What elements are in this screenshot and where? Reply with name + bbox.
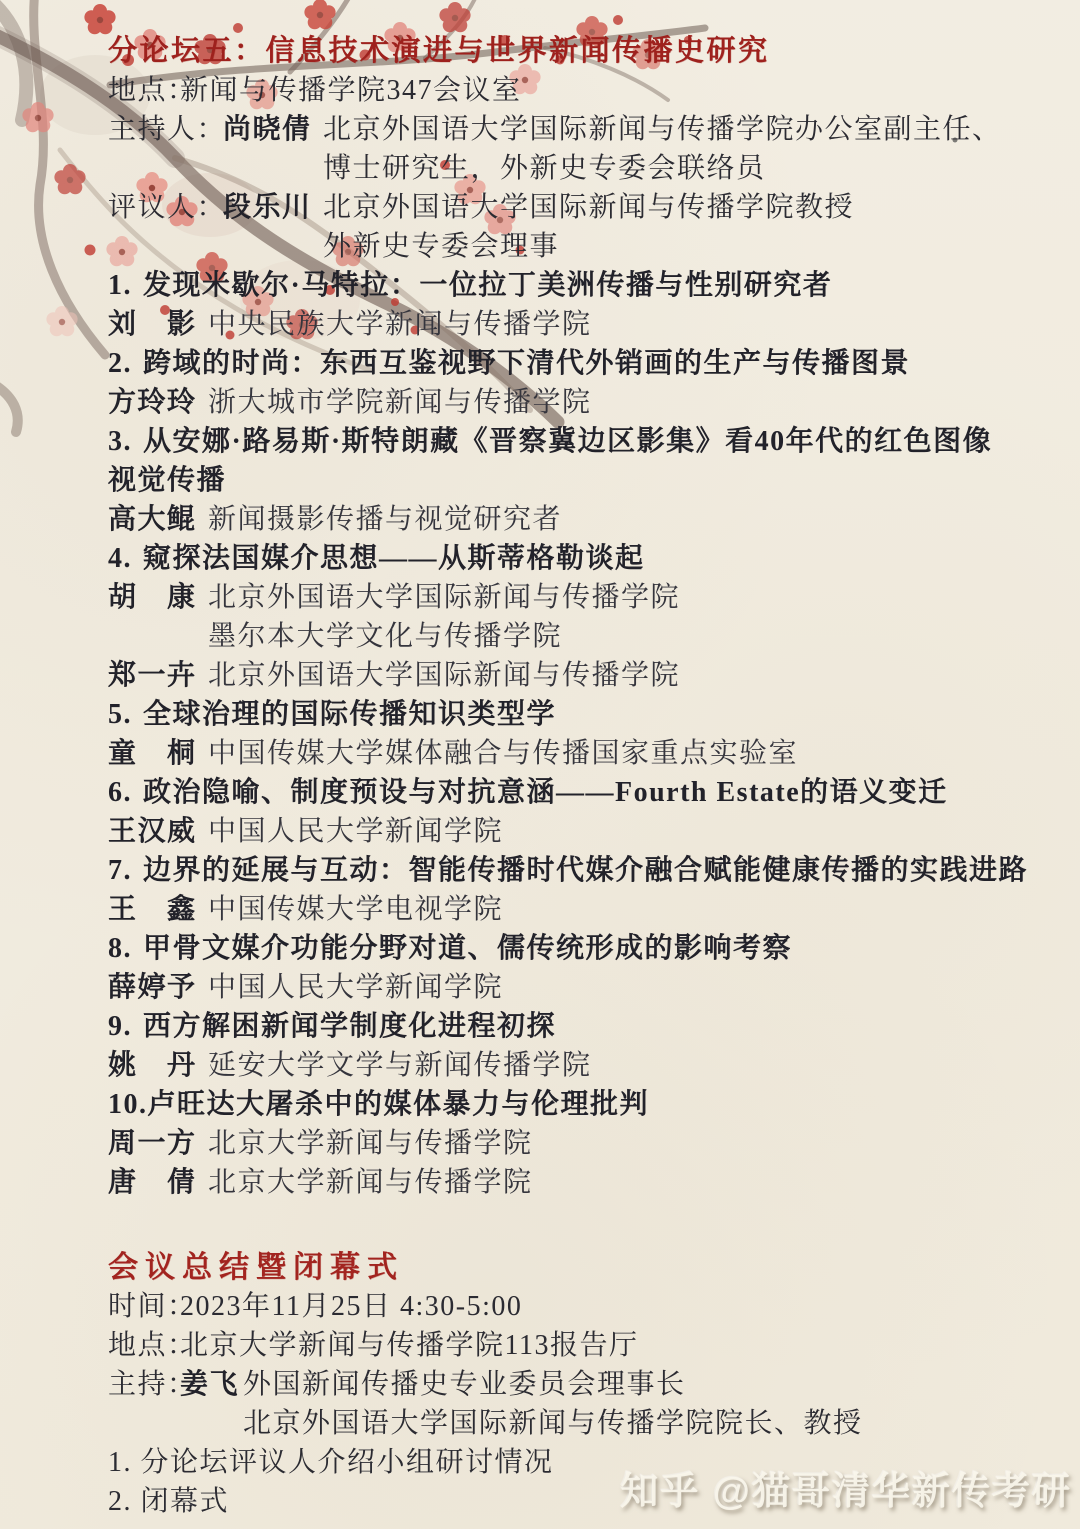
author-affiliation: 中国人民大学新闻学院 <box>208 972 503 1003</box>
paper-9-title-row: 9.西方解困新闻学制度化进程初探 <box>108 1007 1060 1046</box>
host-desc-1: 外国新闻传播史专业委员会理事长 <box>243 1369 686 1400</box>
location-label: 地点： <box>108 71 180 110</box>
forum-host-row: 主持人：尚晓倩北京外国语大学国际新闻与传播学院办公室副主任、 <box>108 110 1060 149</box>
conference-program-page: 分论坛五：信息技术演进与世界新闻传播史研究 地点：新闻与传播学院347会议室 主… <box>0 0 1080 1529</box>
forum-title: 分论坛五：信息技术演进与世界新闻传播史研究 <box>108 32 1060 71</box>
paper-2-author-row: 方玲玲浙大城市学院新闻与传播学院 <box>108 383 1060 422</box>
paper-3-title-row: 3.从安娜·路易斯·斯特朗藏《晋察冀边区影集》看40年代的红色图像 <box>108 422 1060 461</box>
paper-7-author-row: 王 鑫中国传媒大学电视学院 <box>108 890 1060 929</box>
paper-title: 跨域的时尚：东西互鉴视野下清代外销画的生产与传播图景 <box>143 348 910 379</box>
author-affiliation: 中央民族大学新闻与传播学院 <box>208 309 592 340</box>
paper-title: 窥探法国媒介思想——从斯蒂格勒谈起 <box>143 543 645 574</box>
author-name: 方玲玲 <box>108 383 208 422</box>
closing-host-row-2: 北京外国语大学国际新闻与传播学院院长、教授 <box>108 1404 1060 1443</box>
location-value: 北京大学新闻与传播学院113报告厅 <box>180 1330 638 1361</box>
paper-num: 3. <box>108 422 143 461</box>
paper-3-title-row-2: 视觉传播 <box>108 461 1060 500</box>
time-label: 时间： <box>108 1287 180 1326</box>
author-name: 姚 丹 <box>108 1046 208 1085</box>
discussant-desc-1: 北京外国语大学国际新闻与传播学院教授 <box>323 192 854 223</box>
paper-7-title-row: 7.边界的延展与互动：智能传播时代媒介融合赋能健康传播的实践进路 <box>108 851 1060 890</box>
paper-num: 8. <box>108 929 143 968</box>
host-desc-1: 北京外国语大学国际新闻与传播学院办公室副主任、 <box>323 114 1002 145</box>
author-name: 高大鲲 <box>108 500 208 539</box>
author-name: 童 桐 <box>108 734 208 773</box>
forum-location-row: 地点：新闻与传播学院347会议室 <box>108 71 1060 110</box>
paper-4-author-row: 胡 康北京外国语大学国际新闻与传播学院 <box>108 578 1060 617</box>
author-affiliation: 新闻摄影传播与视觉研究者 <box>208 504 562 535</box>
author-name: 薛婷予 <box>108 968 208 1007</box>
discussant-label: 评议人： <box>108 188 223 227</box>
author-affiliation: 中国传媒大学电视学院 <box>208 894 503 925</box>
forum-discussant-row: 评议人：段乐川北京外国语大学国际新闻与传播学院教授 <box>108 188 1060 227</box>
author-affiliation: 北京外国语大学国际新闻与传播学院 <box>208 660 680 691</box>
author-name: 胡 康 <box>108 578 208 617</box>
forum-discussant-row-2: 外新史专委会理事 <box>108 227 1060 266</box>
author-affiliation: 北京大学新闻与传播学院 <box>208 1167 533 1198</box>
paper-title: 甲骨文媒介功能分野对道、儒传统形成的影响考察 <box>143 933 792 964</box>
paper-num: 6. <box>108 773 143 812</box>
paper-4-title-row: 4.窥探法国媒介思想——从斯蒂格勒谈起 <box>108 539 1060 578</box>
author-name: 郑一卉 <box>108 656 208 695</box>
author-affiliation-2: 墨尔本大学文化与传播学院 <box>208 621 562 652</box>
paper-num: 10. <box>108 1085 148 1124</box>
author-name: 王 鑫 <box>108 890 208 929</box>
host-desc-2: 博士研究生，外新史专委会联络员 <box>323 153 766 184</box>
paper-title: 卢旺达大屠杀中的媒体暴力与伦理批判 <box>148 1089 650 1120</box>
closing-location-row: 地点：北京大学新闻与传播学院113报告厅 <box>108 1326 1060 1365</box>
host-name: 尚晓倩 <box>223 110 323 149</box>
author-affiliation: 中国传媒大学媒体融合与传播国家重点实验室 <box>208 738 798 769</box>
host-name: 姜飞 <box>180 1365 243 1404</box>
discussant-desc-2: 外新史专委会理事 <box>323 231 559 262</box>
forum-host-row-2: 博士研究生，外新史专委会联络员 <box>108 149 1060 188</box>
paper-8-author-row: 薛婷予中国人民大学新闻学院 <box>108 968 1060 1007</box>
paper-title: 边界的延展与互动：智能传播时代媒介融合赋能健康传播的实践进路 <box>143 855 1028 886</box>
paper-10-title-row: 10.卢旺达大屠杀中的媒体暴力与伦理批判 <box>108 1085 1060 1124</box>
paper-4-author-affil-row-2: 墨尔本大学文化与传播学院 <box>108 617 1060 656</box>
paper-num: 5. <box>108 695 143 734</box>
author-name: 王汉威 <box>108 812 208 851</box>
paper-num: 1. <box>108 266 143 305</box>
paper-num: 2. <box>108 344 143 383</box>
paper-title: 政治隐喻、制度预设与对抗意涵——Fourth Estate的语义变迁 <box>143 777 948 808</box>
discussant-name: 段乐川 <box>223 188 323 227</box>
paper-title: 全球治理的国际传播知识类型学 <box>143 699 556 730</box>
paper-title: 发现米歇尔·马特拉：一位拉丁美洲传播与性别研究者 <box>143 270 832 301</box>
author-affiliation: 北京大学新闻与传播学院 <box>208 1128 533 1159</box>
time-value: 2023年11月25日 4:30-5:00 <box>180 1291 522 1322</box>
paper-10-author-row: 周一方北京大学新闻与传播学院 <box>108 1124 1060 1163</box>
paper-5-author-row: 童 桐中国传媒大学媒体融合与传播国家重点实验室 <box>108 734 1060 773</box>
paper-10-author2-row: 唐 倩北京大学新闻与传播学院 <box>108 1163 1060 1202</box>
paper-6-title-row: 6.政治隐喻、制度预设与对抗意涵——Fourth Estate的语义变迁 <box>108 773 1060 812</box>
paper-5-title-row: 5.全球治理的国际传播知识类型学 <box>108 695 1060 734</box>
watermark: 知乎 @猫哥清华新传考研 <box>620 1460 1072 1515</box>
author-affiliation: 北京外国语大学国际新闻与传播学院 <box>208 582 680 613</box>
author-name: 刘 影 <box>108 305 208 344</box>
paper-num: 9. <box>108 1007 143 1046</box>
closing-host-row: 主持：姜飞外国新闻传播史专业委员会理事长 <box>108 1365 1060 1404</box>
location-value: 新闻与传播学院347会议室 <box>180 75 522 106</box>
closing-time-row: 时间：2023年11月25日 4:30-5:00 <box>108 1287 1060 1326</box>
author-affiliation: 延安大学文学与新闻传播学院 <box>208 1050 592 1081</box>
paper-1-title-row: 1.发现米歇尔·马特拉：一位拉丁美洲传播与性别研究者 <box>108 266 1060 305</box>
paper-1-author-row: 刘 影中央民族大学新闻与传播学院 <box>108 305 1060 344</box>
host-label: 主持： <box>108 1365 180 1404</box>
location-label: 地点： <box>108 1326 180 1365</box>
paper-title: 从安娜·路易斯·斯特朗藏《晋察冀边区影集》看40年代的红色图像 <box>143 426 992 457</box>
author-affiliation: 浙大城市学院新闻与传播学院 <box>208 387 592 418</box>
paper-9-author-row: 姚 丹延安大学文学与新闻传播学院 <box>108 1046 1060 1085</box>
paper-4-author2-row: 郑一卉北京外国语大学国际新闻与传播学院 <box>108 656 1060 695</box>
paper-title: 西方解困新闻学制度化进程初探 <box>143 1011 556 1042</box>
paper-num: 4. <box>108 539 143 578</box>
closing-title: 会议总结暨闭幕式 <box>108 1248 1060 1287</box>
author-affiliation: 中国人民大学新闻学院 <box>208 816 503 847</box>
paper-3-author-row: 高大鲲新闻摄影传播与视觉研究者 <box>108 500 1060 539</box>
paper-2-title-row: 2.跨域的时尚：东西互鉴视野下清代外销画的生产与传播图景 <box>108 344 1060 383</box>
paper-6-author-row: 王汉威中国人民大学新闻学院 <box>108 812 1060 851</box>
paper-8-title-row: 8.甲骨文媒介功能分野对道、儒传统形成的影响考察 <box>108 929 1060 968</box>
host-label: 主持人： <box>108 110 223 149</box>
program-text: 分论坛五：信息技术演进与世界新闻传播史研究 地点：新闻与传播学院347会议室 主… <box>108 32 1060 1521</box>
author-name: 周一方 <box>108 1124 208 1163</box>
author-name: 唐 倩 <box>108 1163 208 1202</box>
paper-num: 7. <box>108 851 143 890</box>
host-desc-2: 北京外国语大学国际新闻与传播学院院长、教授 <box>243 1408 863 1439</box>
